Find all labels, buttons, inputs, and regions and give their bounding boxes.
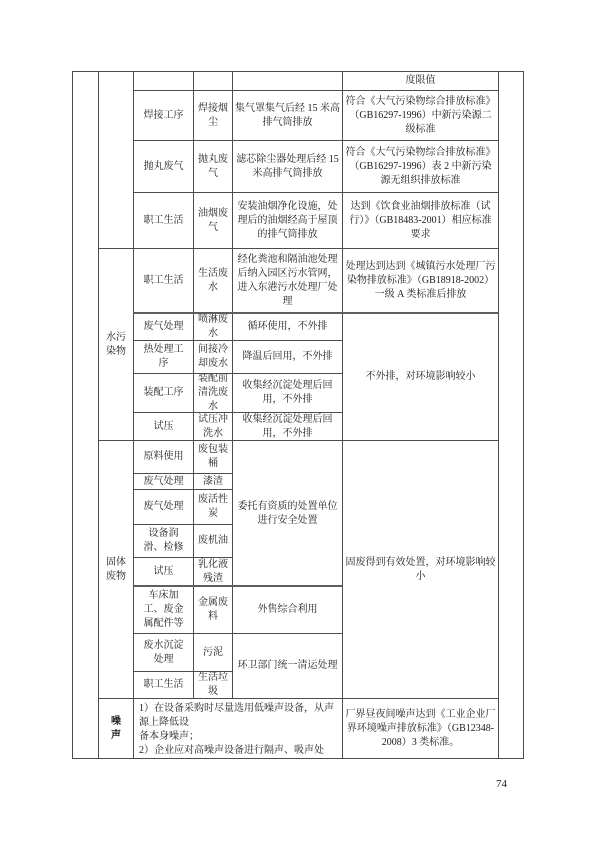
- process-cell: 热处理工序: [133, 340, 194, 374]
- measure-cell: 循环使用，不外排: [232, 313, 343, 341]
- process-cell: 设备润滑、检修: [133, 524, 194, 558]
- process-cell: 试压: [133, 412, 194, 441]
- measure-cell: 降温后回用，不外排: [232, 340, 343, 374]
- standard-cell-noise: 厂界昼夜间噪声达到《工业企业厂界环境噪声排放标准》（GB12348-2008）3…: [342, 698, 499, 759]
- process-cell: 焊接工序: [133, 90, 194, 141]
- process-cell: 职工生活: [133, 248, 194, 314]
- measure-cell: 集气罩集气后经 15 米高排气筒排放: [232, 90, 343, 141]
- process-cell: 抛丸废气: [133, 140, 194, 193]
- pollutant-cell: 金属废料: [193, 586, 233, 634]
- pollutant-cell: 油烟废气: [193, 192, 233, 249]
- measure-cell: 收集经沉淀处理后回用，不外排: [232, 412, 343, 441]
- partial-header-cell: [193, 71, 233, 91]
- partial-header-cell-standard: 度限值: [342, 71, 499, 91]
- category-cell-empty: [98, 71, 134, 249]
- thick-rule: [133, 312, 498, 314]
- process-cell: 废气处理: [133, 489, 194, 525]
- standard-cell: 符合《大气污染物综合排放标准》（GB16297-1996）表 2 中新污染源无组…: [342, 140, 499, 193]
- pollutant-cell: 废活性炭: [193, 489, 233, 525]
- measure-cell: 经化粪池和隔油池处理后纳入园区污水管网，进入东港污水处理厂处理: [232, 248, 343, 314]
- measure-cell: 安装油烟净化设施，处理后的油烟经高于屋顶的排气筒排放: [232, 192, 343, 249]
- pollutant-cell: 焊接烟尘: [193, 90, 233, 141]
- pollutant-cell: 装配前清洗废水: [193, 373, 233, 413]
- standard-cell-merged-water: 不外排，对环境影响较小: [342, 313, 499, 441]
- process-cell: 职工生活: [133, 192, 194, 249]
- process-cell: 原料使用: [133, 440, 194, 474]
- process-cell: 装配工序: [133, 373, 194, 413]
- page-number: 74: [496, 778, 507, 790]
- measure-cell-noise: 1）在设备采购时尽量选用低噪声设备，从声源上降低设 备本身噪声； 2）企业应对高…: [133, 698, 343, 759]
- measure-cell-merged-disposal: 委托有资质的处置单位进行安全处置: [232, 440, 343, 587]
- category-cell-solid: 固体废物: [98, 440, 134, 699]
- pollutant-cell: 试压冲洗水: [193, 412, 233, 441]
- process-cell: 废水沉淀处理: [133, 633, 194, 672]
- process-cell: 职工生活: [133, 671, 194, 699]
- measure-cell: 外售综合利用: [232, 586, 343, 634]
- empty-gutter-cell-left: [72, 71, 99, 759]
- measure-cell-merged-sanitation: 环卫部门统一清运处理: [232, 633, 343, 699]
- standard-cell: 处理达到达到《城镇污水处理厂污染物排放标准》（GB18918-2002）一级 A…: [342, 248, 499, 314]
- pollutant-cell: 间接冷却废水: [193, 340, 233, 374]
- process-cell: 试压: [133, 557, 194, 587]
- pollutant-cell: 污泥: [193, 633, 233, 672]
- category-cell-noise: 噪声: [98, 698, 134, 759]
- partial-header-cell: [232, 71, 343, 91]
- pollutant-cell: 生活垃圾: [193, 671, 233, 699]
- process-cell: 废气处理: [133, 313, 194, 341]
- thick-rule: [133, 585, 342, 587]
- category-cell-water: 水污染物: [98, 248, 134, 441]
- pollutant-cell: 废机油: [193, 524, 233, 558]
- pollutant-cell: 废包装桶: [193, 440, 233, 474]
- document-page: 水污染物 固体废物 噪声 度限值 焊接工序 焊接烟尘 集气罩集气后经 15 米高…: [0, 0, 595, 841]
- pollutant-cell: 乳化液残渣: [193, 557, 233, 587]
- pollutant-cell: 漆渣: [193, 473, 233, 490]
- partial-header-cell: [133, 71, 194, 91]
- standard-cell: 符合《大气污染物综合排放标准》（GB16297-1996）中新污染源二级标准: [342, 90, 499, 141]
- measure-cell: 收集经沉淀处理后回用，不外排: [232, 373, 343, 413]
- empty-gutter-cell-right: [498, 71, 524, 759]
- process-cell: 车床加工、废金属配件等: [133, 586, 194, 634]
- standard-cell: 达到《饮食业油烟排放标准（试行）》（GB18483-2001）相应标准要求: [342, 192, 499, 249]
- pollutant-cell: 生活废水: [193, 248, 233, 314]
- process-cell: 废气处理: [133, 473, 194, 490]
- pollutant-cell: 喷淋废水: [193, 313, 233, 341]
- measure-cell: 滤芯除尘器处理后经 15 米高排气筒排放: [232, 140, 343, 193]
- standard-cell-merged-solid: 固废得到有效处置，对环境影响较小: [342, 440, 499, 699]
- pollutant-cell: 抛丸废气: [193, 140, 233, 193]
